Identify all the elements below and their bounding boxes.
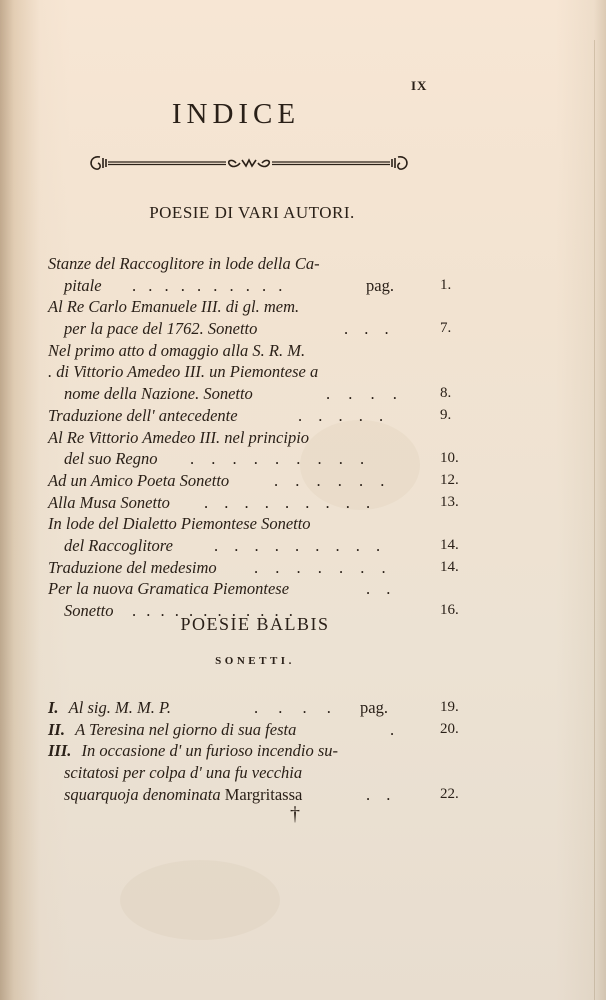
- dot-leader: . .: [366, 784, 396, 806]
- toc-entry-line: per la pace del 1762. Sonetto . . . 7.: [48, 318, 463, 340]
- toc-page-number: 10.: [440, 448, 466, 470]
- dot-leader: . . . .: [326, 383, 404, 405]
- toc-entry-title: Alla Musa Sonetto: [48, 493, 170, 512]
- toc-page-number: 1.: [440, 275, 466, 297]
- section-heading-vari-autori: POESIE DI VARI AUTORI.: [32, 203, 472, 223]
- toc-page-number: 22.: [440, 784, 466, 806]
- page-number-folio: IX: [411, 78, 427, 94]
- toc-entry-line: Al Re Vittorio Amedeo III. nel principio: [48, 427, 463, 449]
- toc-entry-line: Al Re Carlo Emanuele III. di gl. mem.: [48, 296, 463, 318]
- toc-entry-line: . di Vittorio Amedeo III. un Piemontese …: [48, 361, 463, 383]
- dot-leader: . . . . . . . . .: [204, 492, 376, 514]
- dot-leader: . . . . . .: [274, 470, 391, 492]
- toc-entry-line: Traduzione del medesimo . . . . . . . 14…: [48, 557, 463, 579]
- toc-entry-title: Per la nuova Gramatica Piemontese: [48, 579, 289, 598]
- dot-leader: . . . . . . . . .: [190, 448, 371, 470]
- toc-entry-line: Ad un Amico Poeta Sonetto . . . . . . 12…: [48, 470, 463, 492]
- ornamental-rule-icon: [86, 153, 412, 173]
- dot-leader: . . . . . . . . .: [214, 535, 386, 557]
- dot-leader: . . . . .: [298, 405, 389, 427]
- page-title: INDICE: [150, 98, 322, 131]
- toc-entry-line: III. In occasione d' un furioso incendio…: [48, 740, 463, 762]
- toc-entry-line: scitatosi per colpa d' una fu vecchia: [48, 762, 463, 784]
- dot-leader: . . . . . . .: [254, 557, 392, 579]
- toc-entry-title: In lode del Dialetto Piemontese Sonetto: [48, 514, 311, 533]
- toc-page-number: 13.: [440, 492, 466, 514]
- toc-entry-title: Ad un Amico Poeta Sonetto: [48, 471, 229, 490]
- toc-entry-title: pitale: [48, 276, 102, 295]
- toc-entry-title: squarquoja denominata: [48, 785, 221, 804]
- toc-entry-title: scitatosi per colpa d' una fu vecchia: [48, 763, 302, 782]
- toc-entry-line: del suo Regno . . . . . . . . . 10.: [48, 448, 463, 470]
- sonnet-numeral: I.: [48, 698, 59, 717]
- signature-mark-dagger: †: [290, 803, 300, 826]
- toc-page-number: 7.: [440, 318, 466, 340]
- toc-entry-line: Nel primo atto d omaggio alla S. R. M.: [48, 340, 463, 362]
- toc-page-number: 8.: [440, 383, 466, 405]
- toc-section-poesie-balbis: I. Al sig. M. M. P. . . . . pag. 19. II.…: [48, 697, 463, 805]
- toc-page-number: 9.: [440, 405, 466, 427]
- toc-entry-line: II. A Teresina nel giorno di sua festa .…: [48, 719, 463, 741]
- toc-entry-line: pitale . . . . . . . . . . pag. 1.: [48, 275, 463, 297]
- toc-entry-title-roman: Margritassa: [225, 785, 303, 804]
- toc-entry-title: Al Re Vittorio Amedeo III. nel principio: [48, 428, 309, 447]
- toc-entry-title: nome della Nazione. Sonetto: [48, 384, 253, 403]
- toc-page-number: 20.: [440, 719, 466, 741]
- toc-page-number: 19.: [440, 697, 466, 719]
- paper-stain: [120, 860, 280, 940]
- toc-entry-line: nome della Nazione. Sonetto . . . . 8.: [48, 383, 463, 405]
- dot-leader: .: [390, 719, 394, 741]
- toc-entry-title: per la pace del 1762. Sonetto: [48, 319, 257, 338]
- toc-entry-title: Al sig. M. M. P.: [63, 698, 171, 717]
- book-page: IX INDICE POESIE DI VARI AUTORI. Stanze …: [0, 0, 606, 1000]
- toc-entry-title: Traduzione del medesimo: [48, 558, 217, 577]
- sonnet-numeral: II.: [48, 720, 65, 739]
- toc-entry-title: . di Vittorio Amedeo III. un Piemontese …: [48, 362, 318, 381]
- toc-entry-title: Stanze del Raccoglitore in lode della Ca…: [48, 254, 320, 273]
- section-heading-poesie-balbis: POESIE BALBIS: [40, 614, 470, 635]
- toc-page-number: 14.: [440, 557, 466, 579]
- toc-entry-line: Traduzione dell' antecedente . . . . . 9…: [48, 405, 463, 427]
- toc-entry-title: A Teresina nel giorno di sua festa: [69, 720, 296, 739]
- toc-entry-line: In lode del Dialetto Piemontese Sonetto: [48, 513, 463, 535]
- toc-entry-title: del Raccoglitore: [48, 536, 173, 555]
- sonnet-numeral: III.: [48, 741, 71, 760]
- page-edge: [594, 40, 595, 1000]
- toc-section-vari-autori: Stanze del Raccoglitore in lode della Ca…: [48, 253, 463, 622]
- toc-page-number: 14.: [440, 535, 466, 557]
- toc-entry-title: Nel primo atto d omaggio alla S. R. M.: [48, 341, 305, 360]
- pag-label: pag.: [360, 697, 388, 719]
- dot-leader: . . . . . . . . . .: [132, 275, 286, 297]
- toc-entry-title: Traduzione dell' antecedente: [48, 406, 238, 425]
- toc-page-number: 12.: [440, 470, 466, 492]
- dot-leader: . .: [366, 578, 396, 600]
- toc-entry-line: squarquoja denominata Margritassa . . 22…: [48, 784, 463, 806]
- dot-leader: . . . .: [254, 697, 339, 719]
- toc-entry-line: del Raccoglitore . . . . . . . . . 14.: [48, 535, 463, 557]
- toc-entry-title: Al Re Carlo Emanuele III. di gl. mem.: [48, 297, 299, 316]
- toc-entry-line: Per la nuova Gramatica Piemontese . .: [48, 578, 463, 600]
- toc-entry-line: Stanze del Raccoglitore in lode della Ca…: [48, 253, 463, 275]
- subheading-sonetti: SONETTI.: [40, 655, 470, 667]
- dot-leader: . . .: [344, 318, 395, 340]
- toc-entry-title: del suo Regno: [48, 449, 157, 468]
- toc-entry-title: In occasione d' un furioso incendio su-: [76, 741, 339, 760]
- toc-entry-line: Alla Musa Sonetto . . . . . . . . . 13.: [48, 492, 463, 514]
- toc-entry-line: I. Al sig. M. M. P. . . . . pag. 19.: [48, 697, 463, 719]
- pag-label: pag.: [366, 275, 394, 297]
